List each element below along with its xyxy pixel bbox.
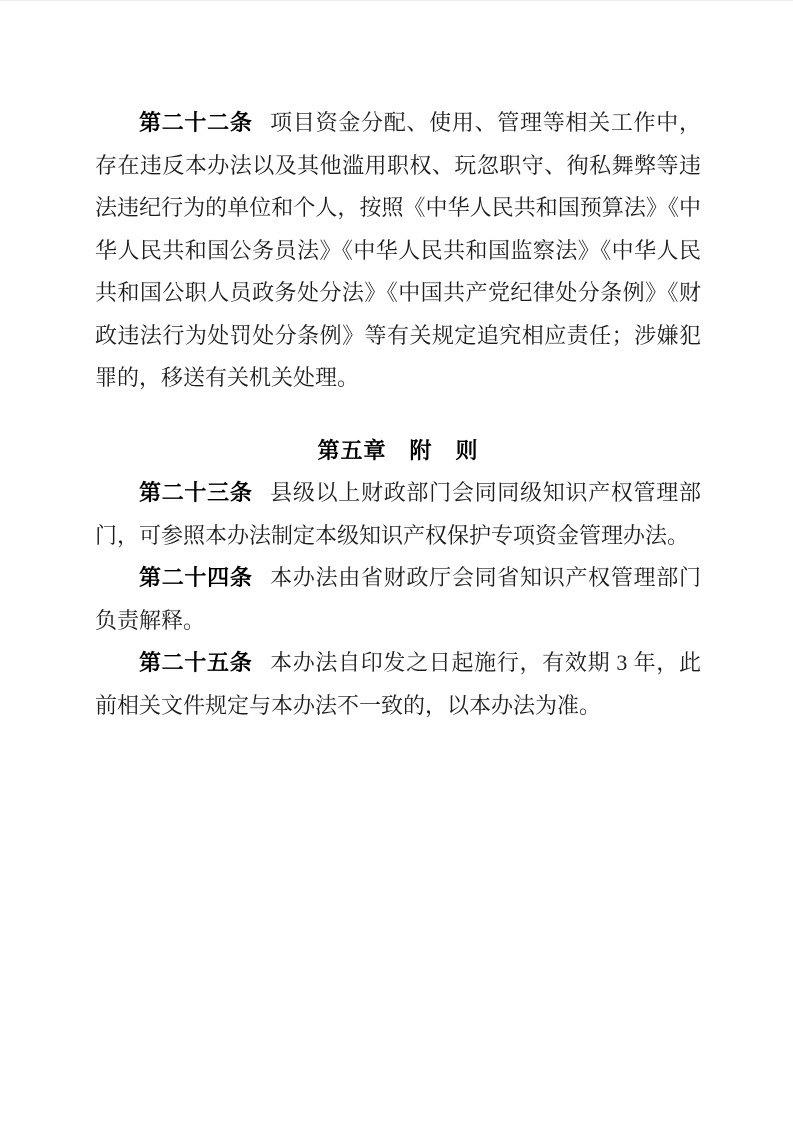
page-top-edge <box>0 0 793 1</box>
article-24-paragraph: 第二十四条本办法由省财政厅会同省知识产权管理部门负责解释。 <box>95 557 701 642</box>
article-22-paragraph: 第二十二条项目资金分配、使用、管理等相关工作中，存在违反本办法以及其他滥用职权、… <box>95 102 701 400</box>
document-content: 第二十二条项目资金分配、使用、管理等相关工作中，存在违反本办法以及其他滥用职权、… <box>95 102 701 727</box>
article-22-body: 项目资金分配、使用、管理等相关工作中，存在违反本办法以及其他滥用职权、玩忽职守、… <box>95 110 701 390</box>
article-23-paragraph: 第二十三条县级以上财政部门会同同级知识产权管理部门，可参照本办法制定本级知识产权… <box>95 472 701 557</box>
article-24-number: 第二十四条 <box>139 565 253 590</box>
article-23-number: 第二十三条 <box>139 480 253 505</box>
article-22-number: 第二十二条 <box>139 110 253 135</box>
document-page: 第二十二条项目资金分配、使用、管理等相关工作中，存在违反本办法以及其他滥用职权、… <box>0 0 793 1122</box>
article-25-paragraph: 第二十五条本办法自印发之日起施行，有效期 3 年，此前相关文件规定与本办法不一致… <box>95 642 701 727</box>
article-25-number: 第二十五条 <box>139 650 252 675</box>
chapter-5-heading: 第五章 附 则 <box>95 430 701 473</box>
